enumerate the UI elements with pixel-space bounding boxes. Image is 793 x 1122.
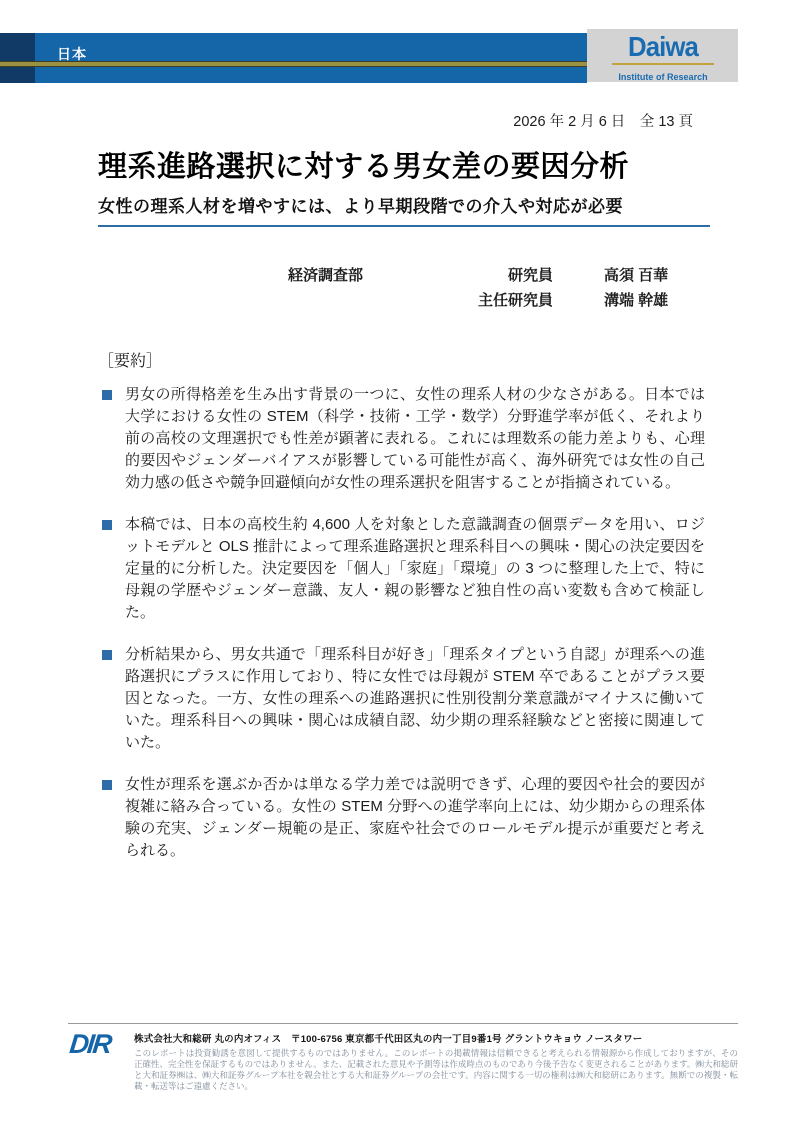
dir-logo: DIR <box>65 1029 130 1092</box>
footer-disclaimer: このレポートは投資勧誘を意図して提供するものではありません。このレポートの掲載情… <box>134 1048 738 1092</box>
square-bullet-icon <box>102 780 112 790</box>
daiwa-logo-gold-rule <box>612 63 714 65</box>
author-name: 溝端 幹雄 <box>604 288 694 313</box>
author-row: 経済調査部 研究員 高須 百華 <box>288 263 694 288</box>
author-block: 経済調査部 研究員 高須 百華 主任研究員 溝端 幹雄 <box>288 263 694 313</box>
date-line: 2026 年 2 月 6 日 全 13 頁 <box>98 110 693 131</box>
summary-bullet-text: 分析結果から、男女共通で「理系科目が好き」「理系タイプという自認」が理系への進路… <box>125 644 705 754</box>
square-bullet-icon <box>102 650 112 660</box>
author-role: 研究員 <box>448 263 553 288</box>
summary-section: ［要約］ 男女の所得格差を生み出す背景の一つに、女性の理系人材の少なさがある。日… <box>98 348 710 882</box>
header-olive-rule <box>0 61 587 67</box>
footer-address: 株式会社大和総研 丸の内オフィス 〒100-6756 東京都千代田区丸の内一丁目… <box>134 1031 738 1045</box>
summary-bullet-text: 女性が理系を選ぶか否かは単なる学力差では説明できず、心理的要因や社会的要因が複雑… <box>125 774 705 862</box>
author-row: 主任研究員 溝端 幹雄 <box>288 288 694 313</box>
summary-bullet-text: 本稿では、日本の高校生約 4,600 人を対象とした意識調査の個票データを用い、… <box>125 514 705 624</box>
summary-bullet: 女性が理系を選ぶか否かは単なる学力差では説明できず、心理的要因や社会的要因が複雑… <box>98 774 710 862</box>
author-name: 高須 百華 <box>604 263 694 288</box>
page-title: 理系進路選択に対する男女差の要因分析 <box>98 150 710 185</box>
square-bullet-icon <box>102 390 112 400</box>
region-label: 日本 <box>57 44 87 64</box>
author-role: 主任研究員 <box>448 288 553 313</box>
daiwa-logo-subtitle: Institute of Research <box>618 72 707 83</box>
summary-bullet: 本稿では、日本の高校生約 4,600 人を対象とした意識調査の個票データを用い、… <box>98 514 710 624</box>
summary-bullet-text: 男女の所得格差を生み出す背景の一つに、女性の理系人材の少なさがある。日本では大学… <box>125 384 705 494</box>
header-navy-block <box>0 33 35 83</box>
summary-bullet: 男女の所得格差を生み出す背景の一つに、女性の理系人材の少なさがある。日本では大学… <box>98 384 710 494</box>
footer-text-block: 株式会社大和総研 丸の内オフィス 〒100-6756 東京都千代田区丸の内一丁目… <box>134 1029 738 1092</box>
footer-divider <box>68 1023 738 1024</box>
page-subtitle: 女性の理系人材を増やすには、より早期段階での介入や対応が必要 <box>98 192 710 227</box>
header-bar <box>0 33 587 83</box>
summary-heading: ［要約］ <box>98 348 710 371</box>
footer: DIR 株式会社大和総研 丸の内オフィス 〒100-6756 東京都千代田区丸の… <box>68 1029 738 1092</box>
square-bullet-icon <box>102 520 112 530</box>
title-block: 理系進路選択に対する男女差の要因分析 女性の理系人材を増やすには、より早期段階で… <box>98 150 710 227</box>
daiwa-logo: Daiwa Institute of Research <box>587 29 738 82</box>
summary-bullet: 分析結果から、男女共通で「理系科目が好き」「理系タイプという自認」が理系への進路… <box>98 644 710 754</box>
author-department: 経済調査部 <box>288 263 448 288</box>
daiwa-logo-wordmark: Daiwa <box>628 31 698 63</box>
report-page: 日本 Daiwa Institute of Research 2026 年 2 … <box>0 0 793 1122</box>
